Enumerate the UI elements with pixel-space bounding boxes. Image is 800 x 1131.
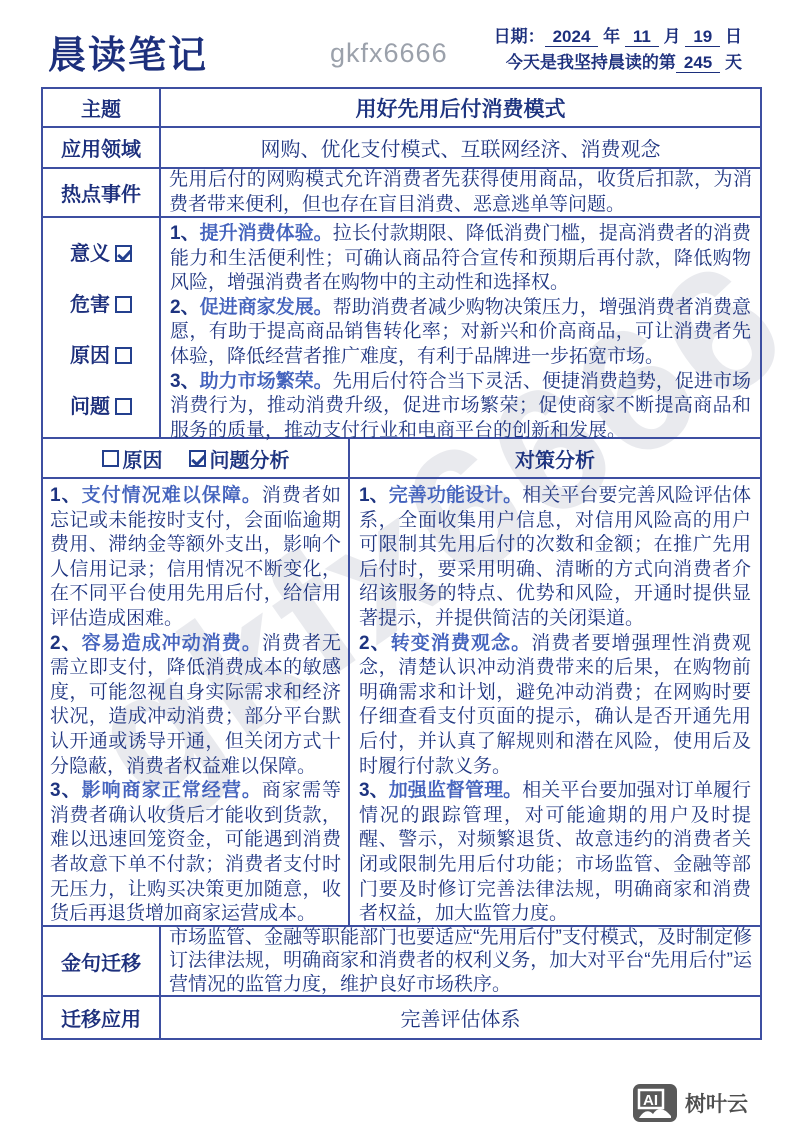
date-month: 11 bbox=[625, 27, 659, 47]
date-prefix: 日期： bbox=[494, 27, 545, 46]
item-keyword: 加强监督管理。 bbox=[389, 780, 523, 801]
solution-analysis-content: 1、完善功能设计。相关平台要完善风险评估体系，全面收集用户信息，对信用风险高的用… bbox=[350, 479, 760, 925]
option-meaning-label: 意义 bbox=[70, 243, 110, 265]
golden-sentence-label: 金句迁移 bbox=[43, 927, 161, 995]
option-problem-label: 问题 bbox=[70, 396, 110, 418]
table-row-analysis-body: 1、支付情况难以保障。消费者如忘记或未能按时支付，会面临逾期费用、滞纳金等额外支… bbox=[43, 479, 760, 927]
item-number: 1、 bbox=[170, 223, 200, 244]
meaning-content: 1、提升消费体验。拉长付款期限、降低消费门槛，提高消费者的消费能力和生活便利性；… bbox=[161, 218, 760, 437]
topic-label: 主题 bbox=[43, 89, 161, 126]
checkbox-empty-icon bbox=[115, 347, 132, 364]
table-row-application: 迁移应用 完善评估体系 bbox=[43, 997, 760, 1038]
brand-name: 树叶云 bbox=[685, 1088, 748, 1118]
option-harm: 危害 bbox=[70, 288, 132, 317]
date-day: 19 bbox=[685, 27, 720, 47]
date-line: 日期：2024 年 11 月 19 日 bbox=[494, 24, 742, 50]
ai-picture-logo-icon: AI bbox=[632, 1083, 678, 1123]
item-number: 3、 bbox=[170, 371, 200, 392]
option-harm-label: 危害 bbox=[70, 294, 110, 316]
problem-item: 1、支付情况难以保障。消费者如忘记或未能按时支付，会面临逾期费用、滞纳金等额外支… bbox=[50, 484, 341, 632]
item-text: 消费者如忘记或未能按时支付，会面临逾期费用、滞纳金等额外支出，影响个人信用记录；… bbox=[50, 485, 341, 629]
option-cause-label: 原因 bbox=[70, 345, 110, 367]
checkbox-checked-icon bbox=[189, 450, 206, 467]
problem-header-label: 问题分析 bbox=[210, 444, 290, 473]
golden-sentence-value: 市场监管、金融等职能部门也要适应“先用后付”支付模式，及时制定修订法律法规，明确… bbox=[161, 927, 760, 995]
application-label: 迁移应用 bbox=[43, 997, 161, 1038]
item-number: 3、 bbox=[50, 780, 82, 801]
meaning-item: 2、促进商家发展。帮助消费者减少购物决策压力，增强消费者消费意愿，有助于提高商品… bbox=[170, 296, 751, 370]
problem-item: 2、容易造成冲动消费。消费者无需立即支付，降低消费成本的敏感度，可能忽视自身实际… bbox=[50, 632, 341, 780]
solution-item: 1、完善功能设计。相关平台要完善风险评估体系，全面收集用户信息，对信用风险高的用… bbox=[359, 484, 751, 632]
table-row-analysis-header: 原因问题分析 对策分析 bbox=[43, 439, 760, 479]
notes-table: 主题 用好先用后付消费模式 应用领域 网购、优化支付模式、互联网经济、消费观念 … bbox=[41, 87, 762, 1040]
meaning-option-list: 意义 危害 原因 问题 bbox=[43, 218, 161, 437]
item-text: 消费者要增强理性消费观念，清楚认识冲动消费带来的后果，在购物前明确需求和计划，避… bbox=[359, 633, 751, 777]
problem-analysis-content: 1、支付情况难以保障。消费者如忘记或未能按时支付，会面临逾期费用、滞纳金等额外支… bbox=[43, 479, 350, 925]
streak-line: 今天是我坚持晨读的第245 天 bbox=[494, 50, 742, 76]
year-char: 年 bbox=[603, 27, 620, 46]
solution-analysis-header: 对策分析 bbox=[350, 439, 760, 477]
application-value: 完善评估体系 bbox=[161, 997, 760, 1038]
date-year: 2024 bbox=[545, 27, 599, 47]
page-title: 晨读笔记 bbox=[48, 24, 208, 79]
option-meaning: 意义 bbox=[70, 237, 132, 266]
footer-brand: AI 树叶云 bbox=[632, 1083, 748, 1123]
item-keyword: 转变消费观念。 bbox=[391, 633, 532, 654]
item-text: 相关平台要加强对订单履行情况的跟踪管理，对可能逾期的用户及时提醒、警示，对频繁退… bbox=[359, 780, 751, 924]
table-row-topic: 主题 用好先用后付消费模式 bbox=[43, 89, 760, 128]
option-cause: 原因 bbox=[70, 339, 132, 368]
item-text: 相关平台要完善风险评估体系，全面收集用户信息，对信用风险高的用户可限制其先用后付… bbox=[359, 485, 751, 629]
cause-header-label: 原因 bbox=[123, 444, 163, 473]
streak-days: 245 bbox=[676, 53, 720, 73]
item-keyword: 支付情况难以保障。 bbox=[82, 485, 262, 506]
solution-item: 2、转变消费观念。消费者要增强理性消费观念，清楚认识冲动消费带来的后果，在购物前… bbox=[359, 632, 751, 780]
item-number: 2、 bbox=[50, 633, 82, 654]
checkbox-checked-icon bbox=[115, 245, 132, 262]
hot-event-label: 热点事件 bbox=[43, 169, 161, 216]
topic-value: 用好先用后付消费模式 bbox=[161, 89, 760, 126]
date-block: 日期：2024 年 11 月 19 日 今天是我坚持晨读的第245 天 bbox=[494, 24, 742, 76]
item-keyword: 影响商家正常经营。 bbox=[82, 780, 262, 801]
item-keyword: 容易造成冲动消费。 bbox=[82, 633, 262, 654]
table-row-fields: 应用领域 网购、优化支付模式、互联网经济、消费观念 bbox=[43, 128, 760, 169]
streak-suffix: 天 bbox=[725, 53, 742, 72]
table-row-golden-sentence: 金句迁移 市场监管、金融等职能部门也要适应“先用后付”支付模式，及时制定修订法律… bbox=[43, 927, 760, 997]
item-text: 商家需等消费者确认收货后才能收到货款，难以迅速回笼资金，可能遇到消费者故意下单不… bbox=[50, 780, 341, 924]
item-number: 2、 bbox=[359, 633, 391, 654]
page-header: 晨读笔记 gkfx6666 日期：2024 年 11 月 19 日 今天是我坚持… bbox=[0, 0, 800, 87]
fields-label: 应用领域 bbox=[43, 128, 161, 167]
morning-reading-notes-page: 晨读笔记 gkfx6666 日期：2024 年 11 月 19 日 今天是我坚持… bbox=[0, 0, 800, 1131]
item-text: 消费者无需立即支付，降低消费成本的敏感度，可能忽视自身实际需求和经济状况，造成冲… bbox=[50, 633, 341, 777]
account-id-text: gkfx6666 bbox=[330, 38, 448, 69]
item-keyword: 促进商家发展。 bbox=[200, 297, 333, 318]
item-number: 3、 bbox=[359, 780, 389, 801]
item-keyword: 完善功能设计。 bbox=[389, 485, 523, 506]
streak-prefix: 今天是我坚持晨读的第 bbox=[506, 53, 676, 72]
item-number: 2、 bbox=[170, 297, 200, 318]
svg-text:AI: AI bbox=[643, 1092, 658, 1109]
table-row-hot-event: 热点事件 先用后付的网购模式允许消费者先获得使用商品，收货后扣款，为消费者带来便… bbox=[43, 169, 760, 218]
checkbox-empty-icon bbox=[102, 450, 119, 467]
item-keyword: 提升消费体验。 bbox=[200, 223, 333, 244]
problem-item: 3、影响商家正常经营。商家需等消费者确认收货后才能收到货款，难以迅速回笼资金，可… bbox=[50, 779, 341, 927]
day-char: 日 bbox=[725, 27, 742, 46]
meaning-item: 3、助力市场繁荣。先用后付符合当下灵活、便捷消费趋势，促进市场消费行为，推动消费… bbox=[170, 370, 751, 444]
checkbox-empty-icon bbox=[115, 296, 132, 313]
checkbox-empty-icon bbox=[115, 398, 132, 415]
solution-item: 3、加强监督管理。相关平台要加强对订单履行情况的跟踪管理，对可能逾期的用户及时提… bbox=[359, 779, 751, 927]
problem-analysis-header: 原因问题分析 bbox=[43, 439, 350, 477]
item-number: 1、 bbox=[359, 485, 389, 506]
meaning-item: 1、提升消费体验。拉长付款期限、降低消费门槛，提高消费者的消费能力和生活便利性；… bbox=[170, 222, 751, 296]
option-problem: 问题 bbox=[70, 390, 132, 419]
hot-event-value: 先用后付的网购模式允许消费者先获得使用商品，收货后扣款，为消费者带来便利，但也存… bbox=[161, 169, 760, 216]
item-number: 1、 bbox=[50, 485, 82, 506]
fields-value: 网购、优化支付模式、互联网经济、消费观念 bbox=[161, 128, 760, 167]
month-char: 月 bbox=[664, 27, 681, 46]
table-row-meaning: 意义 危害 原因 问题 1、提升消费体验。拉长付款期限、降低消费门槛，提高消费者… bbox=[43, 218, 760, 439]
item-keyword: 助力市场繁荣。 bbox=[200, 371, 333, 392]
